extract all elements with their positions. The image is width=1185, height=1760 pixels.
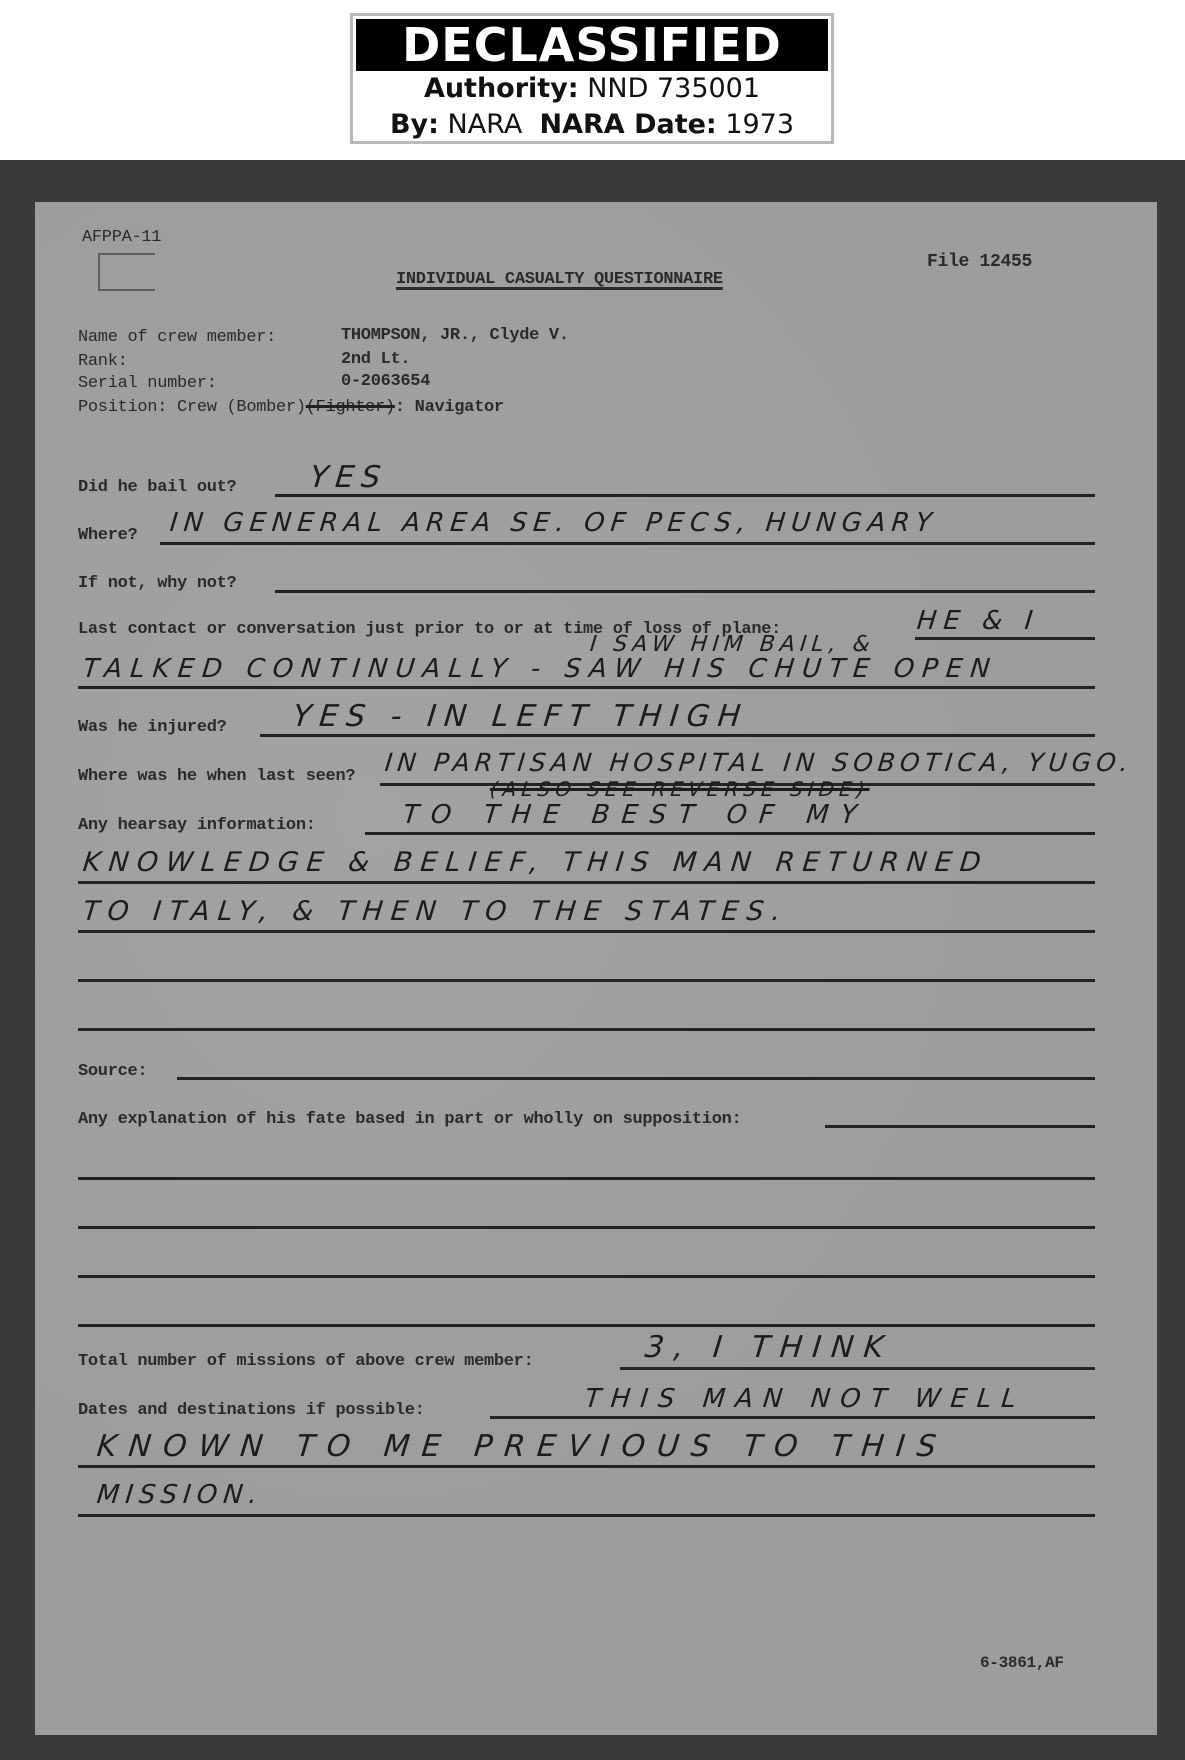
contact-answer-1: HE & I: [915, 606, 1041, 636]
name-label: Name of crew member:: [78, 328, 276, 347]
injured-answer-line: [260, 734, 1095, 737]
explanation-answer-line-1: [825, 1125, 1095, 1128]
injured-answer: YES - IN LEFT THIGH: [291, 699, 750, 734]
rank-label: Rank:: [78, 352, 128, 371]
hearsay-answer-1: TO THE BEST OF MY: [401, 800, 870, 830]
serial-label: Serial number:: [78, 374, 217, 393]
hearsay-answer-line-2: [78, 881, 1095, 884]
dates-answer-1: THIS MAN NOT WELL: [583, 1384, 1027, 1414]
dates-answer-2: KNOWN TO ME PREVIOUS TO THIS: [95, 1429, 950, 1464]
where-label: Where?: [78, 526, 137, 545]
contact-answer-line-1: [915, 637, 1095, 640]
stamp-authority: Authority: NND 735001: [353, 71, 831, 107]
staple-mark: [98, 253, 155, 291]
dates-answer-line-2: [78, 1465, 1095, 1468]
by-value: NARA: [448, 109, 523, 140]
position-value: : Navigator: [395, 398, 504, 417]
date-value: 1973: [725, 109, 794, 140]
questionnaire-page: AFPPA-11 INDIVIDUAL CASUALTY QUESTIONNAI…: [35, 202, 1157, 1735]
last-seen-label: Where was he when last seen?: [78, 767, 355, 786]
declassified-stamp: DECLASSIFIED Authority: NND 735001 By: N…: [350, 13, 834, 144]
last-seen-answer: IN PARTISAN HOSPITAL IN SOBOTICA, YUGO.: [383, 748, 1134, 777]
dates-answer-line-3: [78, 1514, 1095, 1517]
bail-label: Did he bail out?: [78, 478, 236, 497]
bail-answer-line: [275, 494, 1095, 497]
where-answer: IN GENERAL AREA SE. OF PECS, HUNGARY: [168, 508, 939, 538]
source-label: Source:: [78, 1062, 147, 1081]
serial-value: 0-2063654: [341, 372, 430, 391]
authority-label: Authority:: [424, 73, 579, 104]
hearsay-answer-2: KNOWLEDGE & BELIEF, THIS MAN RETURNED: [81, 847, 990, 878]
hearsay-answer-line-4: [78, 979, 1095, 982]
stamp-by: By: NARA NARA Date: 1973: [353, 107, 831, 143]
authority-value: NND 735001: [587, 73, 760, 104]
injured-label: Was he injured?: [78, 718, 227, 737]
explanation-label: Any explanation of his fate based in par…: [78, 1110, 741, 1129]
hearsay-answer-line-5: [78, 1028, 1095, 1031]
hearsay-answer-3: TO ITALY, & THEN TO THE STATES.: [81, 896, 790, 927]
explanation-answer-line-2: [78, 1177, 1095, 1180]
last-seen-struck-note: (ALSO SEE REVERSE SIDE): [489, 777, 871, 801]
stamp-heading: DECLASSIFIED: [356, 19, 828, 71]
dates-label: Dates and destinations if possible:: [78, 1401, 425, 1420]
missions-answer: 3, I THINK: [643, 1330, 895, 1365]
date-label: NARA Date:: [540, 109, 717, 140]
missions-label: Total number of missions of above crew m…: [78, 1352, 533, 1371]
form-footer-code: 6-3861,AF: [980, 1654, 1064, 1672]
by-label: By:: [390, 109, 439, 140]
name-value: THOMPSON, JR., Clyde V.: [341, 326, 569, 345]
hearsay-label: Any hearsay information:: [78, 816, 316, 835]
missions-answer-line: [620, 1367, 1095, 1370]
dates-answer-3: MISSION.: [95, 1480, 264, 1510]
explanation-answer-line-5: [78, 1324, 1095, 1327]
hearsay-answer-line-3: [78, 930, 1095, 933]
hearsay-answer-line-1: [365, 832, 1095, 835]
why-not-label: If not, why not?: [78, 574, 236, 593]
where-answer-line: [160, 542, 1095, 545]
contact-answer-2: TALKED CONTINUALLY - SAW HIS CHUTE OPEN: [81, 654, 999, 684]
explanation-answer-line-4: [78, 1275, 1095, 1278]
explanation-answer-line-3: [78, 1226, 1095, 1229]
rank-value: 2nd Lt.: [341, 350, 410, 369]
position-label: Position: Crew (Bomber)(Fighter): Naviga…: [78, 398, 504, 417]
position-crew-label: Position: Crew (Bomber): [78, 398, 306, 417]
form-title: INDIVIDUAL CASUALTY QUESTIONNAIRE: [396, 270, 723, 289]
dates-answer-line-1: [490, 1416, 1095, 1419]
form-id: AFPPA-11: [82, 228, 161, 247]
contact-answer-line-2: [78, 686, 1095, 689]
bail-answer: YES: [308, 460, 389, 495]
position-struck-text: (Fighter): [306, 398, 395, 417]
source-answer-line: [177, 1077, 1095, 1080]
file-number: File 12455: [927, 252, 1032, 272]
why-not-answer-line: [275, 590, 1095, 593]
